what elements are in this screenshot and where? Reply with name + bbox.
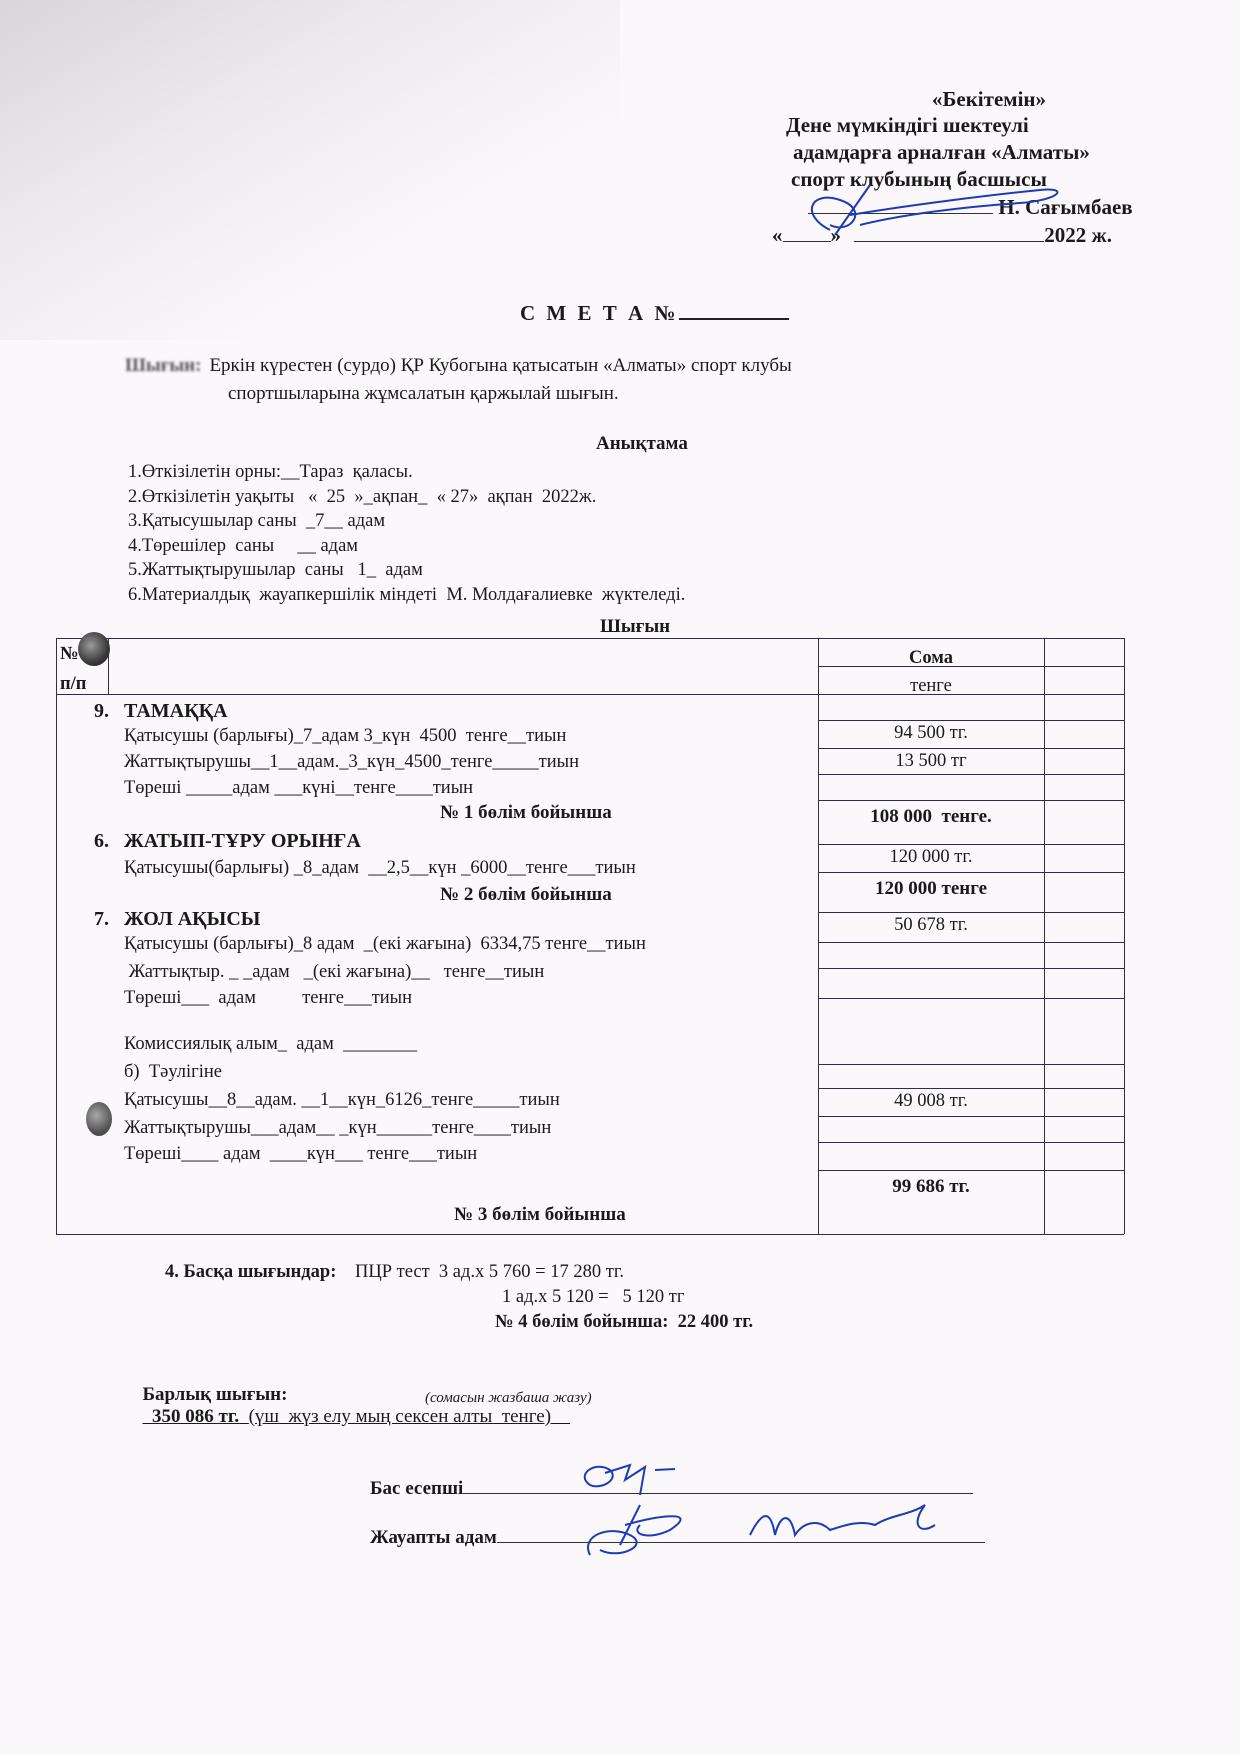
approval-line-2: адамдарға арналған «Алматы» <box>793 139 1090 166</box>
table-rule <box>818 1142 1124 1143</box>
total-label: Барлық шығын: <box>143 1384 288 1405</box>
info-item: 4.Төрешілер саны __ адам <box>128 534 685 559</box>
info-item: 2.Өткізілетін уақыты « 25 »_ақпан_ « 27»… <box>128 485 685 510</box>
table-rule <box>56 694 1124 695</box>
expenses-table: № п/п Сома тенге 9. ТАМАҚҚАҚатысушы (бар… <box>56 638 1124 1234</box>
responsible-signature <box>580 1495 980 1565</box>
other-label: 4. Басқа шығындар: <box>165 1262 336 1283</box>
line-item-amount: 94 500 тг. <box>818 723 1044 744</box>
section-subtotal-label: № 1 бөлім бойынша <box>440 802 612 824</box>
table-rule <box>818 1170 1124 1171</box>
expenses-heading: Шығын <box>600 616 670 638</box>
info-heading: Анықтама <box>596 433 688 455</box>
line-item-text: Төреші____ адам ____күн___ тенге___тиын <box>124 1144 477 1165</box>
line-item-amount: 50 678 тг. <box>818 915 1044 936</box>
col-number-header-2: п/п <box>60 674 86 695</box>
info-item: 6.Материалдық жауапкершілік міндеті М. М… <box>128 583 685 608</box>
director-signature <box>790 175 1110 245</box>
info-item: 1.Өткізілетін орны:__Тараз қаласы. <box>128 460 685 485</box>
table-rule <box>818 1064 1124 1065</box>
other-line-2: 1 ад.х 5 120 = 5 120 тг <box>502 1287 684 1308</box>
table-rule <box>818 720 1124 721</box>
approval-heading: «Бекітемін» <box>932 86 1046 113</box>
total-words: (үш жүз елу мың сексен алты тенге) <box>249 1406 551 1427</box>
table-rule <box>56 1234 1124 1235</box>
line-item-text: Жаттықтырушы___адам__ _күн______тенге___… <box>124 1118 551 1139</box>
table-rule <box>818 872 1124 873</box>
chief-accountant-label: Бас есепші <box>370 1478 463 1499</box>
line-item-text: Қатысушы__8__адам. __1__күн_6126_тенге__… <box>124 1090 560 1111</box>
line-item-amount: 13 500 тг <box>818 751 1044 772</box>
responsible-label: Жауапты адам <box>370 1527 497 1548</box>
table-border-left <box>56 638 57 1234</box>
punch-hole <box>78 632 110 666</box>
table-rule <box>818 998 1124 999</box>
paper-fold-shadow <box>0 0 620 340</box>
title-text: С М Е Т А № <box>520 301 679 325</box>
table-rule <box>818 748 1124 749</box>
line-item-text: б) Тәулігіне <box>124 1062 222 1083</box>
table-col-divider <box>818 638 819 1234</box>
col-number-header: № <box>60 644 79 665</box>
purpose-line-2: спортшыларына жұмсалатын қаржылай шығын. <box>125 380 792 408</box>
info-item: 5.Жаттықтырушылар саны 1_ адам <box>128 558 685 583</box>
info-item: 3.Қатысушылар саны _7__ адам <box>128 509 685 534</box>
table-rule <box>818 774 1124 775</box>
line-item-amount: 120 000 тг. <box>818 847 1044 868</box>
table-rule <box>818 968 1124 969</box>
line-item-text: Жаттықтыр. _ _адам _(екі жағына)__ тенге… <box>124 962 544 983</box>
total-hint: (сомасын жазбаша жазу) <box>425 1390 592 1407</box>
purpose-block: Шығын:Еркін күрестен (сурдо) ҚР Кубогына… <box>125 352 792 408</box>
section-subtotal-amount: 120 000 тенге <box>818 878 1044 900</box>
table-col-divider <box>1044 638 1045 1234</box>
table-rule <box>818 666 1124 667</box>
line-item-amount: 49 008 тг. <box>818 1091 1044 1112</box>
line-item-text: Қатысушы(барлығы) _8_адам __2,5__күн _60… <box>124 858 636 879</box>
section-subtotal-label: № 3 бөлім бойынша <box>454 1204 626 1226</box>
table-rule <box>818 912 1124 913</box>
section-subtotal-label: № 2 бөлім бойынша <box>440 884 612 906</box>
other-line-1: ПЦР тест 3 ад.х 5 760 = 17 280 тг. <box>355 1262 624 1283</box>
approval-line-1: Дене мүмкіндігі шектеулі <box>786 112 1029 139</box>
total-amount: 350 086 тг. <box>152 1406 239 1427</box>
line-item-text: Қатысушы (барлығы)_7_адам 3_күн 4500 тен… <box>124 726 566 747</box>
document-title: С М Е Т А № <box>520 300 789 326</box>
line-item-text: Қатысушы (барлығы)_8 адам _(екі жағына) … <box>124 934 646 955</box>
line-item-text: Төреші _____адам ___күні__тенге____тиын <box>124 778 473 799</box>
table-rule <box>818 1116 1124 1117</box>
table-rule <box>818 942 1124 943</box>
line-item-text: Төреші___ адам тенге___тиын <box>124 988 412 1009</box>
purpose-line-1: Еркін күрестен (сурдо) ҚР Кубогына қатыс… <box>209 355 791 376</box>
table-rule <box>818 800 1124 801</box>
table-rule <box>56 638 1124 639</box>
other-subtotal: № 4 бөлім бойынша: 22 400 тг. <box>495 1312 753 1333</box>
title-number-blank <box>679 300 789 320</box>
table-rule <box>818 1088 1124 1089</box>
section-subtotal-amount: 108 000 тенге. <box>818 806 1044 828</box>
section-title: 6. ЖАТЫП-ТҰРУ ОРЫНҒА <box>94 830 361 853</box>
section-title: 7. ЖОЛ АҚЫСЫ <box>94 908 260 931</box>
line-item-text: Жаттықтырушы__1__адам._3_күн_4500_тенге_… <box>124 752 579 773</box>
purpose-label: Шығын: <box>125 355 201 376</box>
table-rule <box>818 844 1124 845</box>
date-quote-open: « <box>772 223 783 247</box>
section-subtotal-amount: 99 686 тг. <box>818 1176 1044 1198</box>
section-title: 9. ТАМАҚҚА <box>94 700 228 723</box>
punch-hole <box>86 1102 112 1136</box>
line-item-text: Комиссиялық алым_ адам ________ <box>124 1034 417 1055</box>
info-list: 1.Өткізілетін орны:__Тараз қаласы. 2.Өтк… <box>128 460 685 607</box>
table-border-right <box>1124 638 1125 1234</box>
